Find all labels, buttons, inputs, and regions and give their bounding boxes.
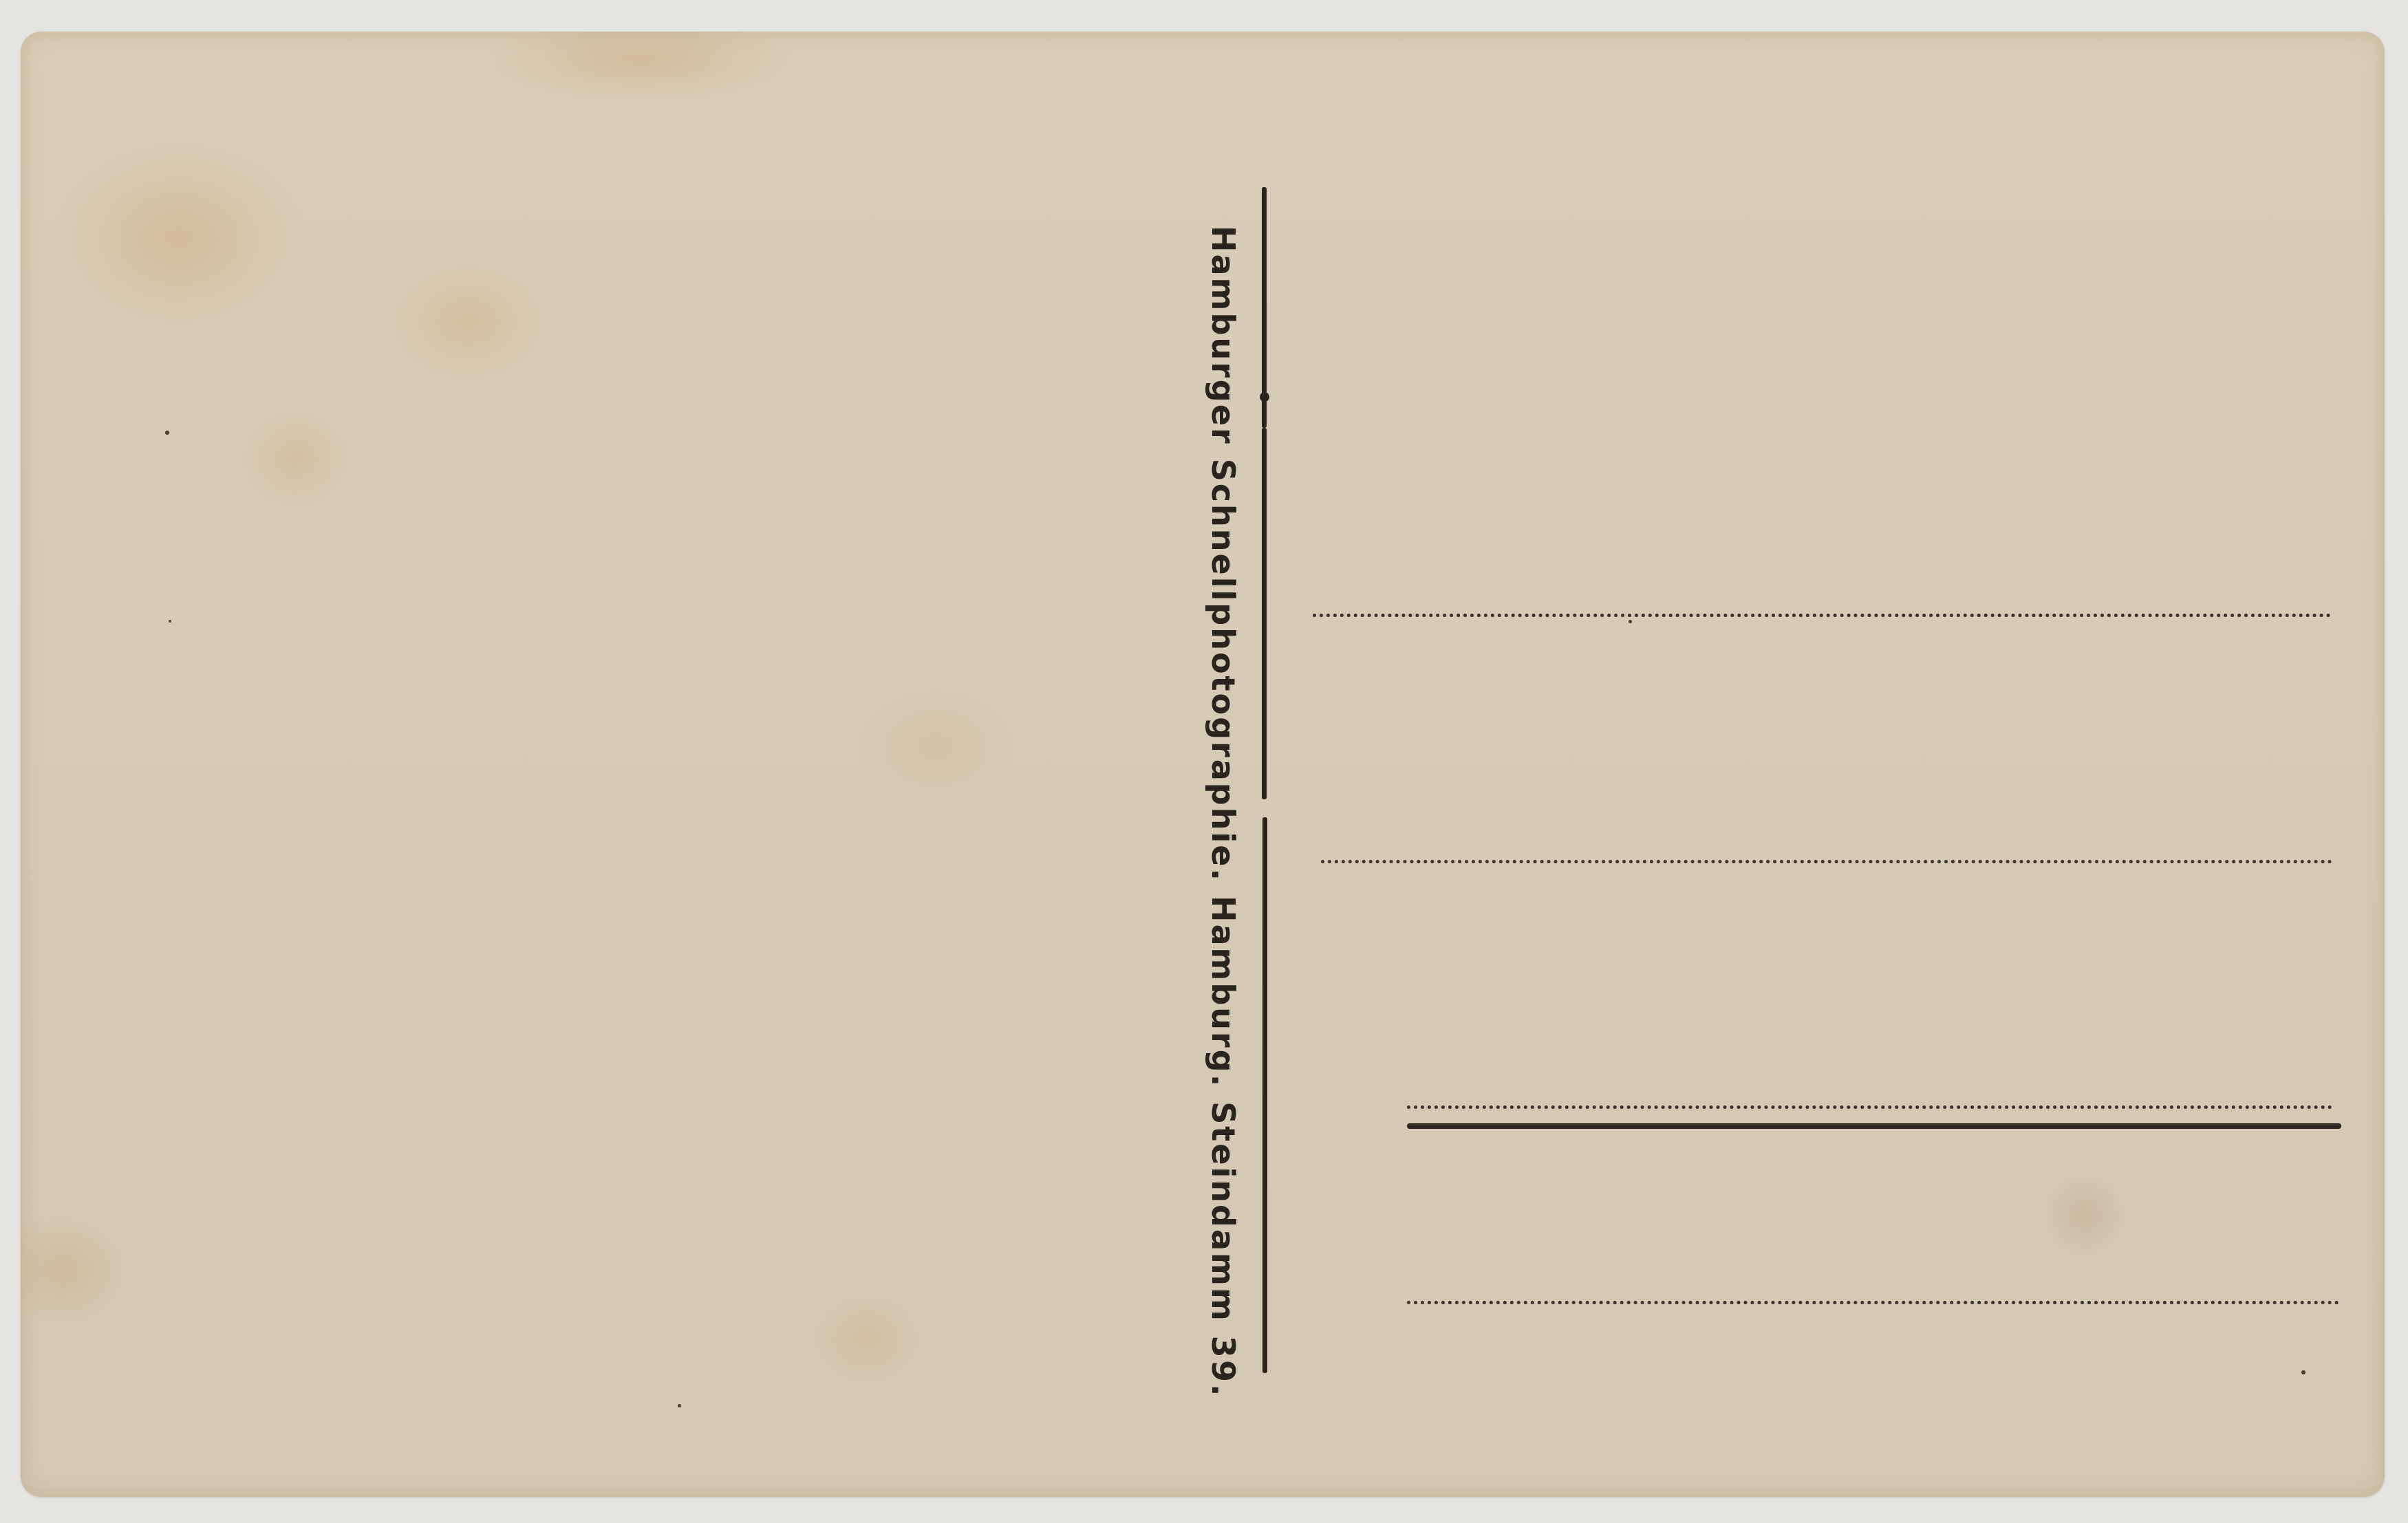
publisher-imprint: Hamburger Schnellphotographie. Hamburg. …	[1196, 226, 1251, 1409]
address-line-5	[1407, 1301, 2339, 1304]
ink-speck	[169, 620, 171, 623]
ink-speck	[678, 1404, 681, 1407]
message-area	[21, 32, 1149, 1497]
ink-speck	[1628, 620, 1632, 623]
address-line-3	[1407, 1105, 2332, 1109]
postcard-back: Hamburger Schnellphotographie. Hamburg. …	[21, 32, 2385, 1497]
ink-speck	[2301, 1370, 2305, 1374]
address-line-2	[1321, 860, 2332, 863]
ink-speck	[165, 431, 169, 435]
address-line-4-solid	[1407, 1123, 2341, 1129]
address-line-1	[1313, 614, 2331, 617]
